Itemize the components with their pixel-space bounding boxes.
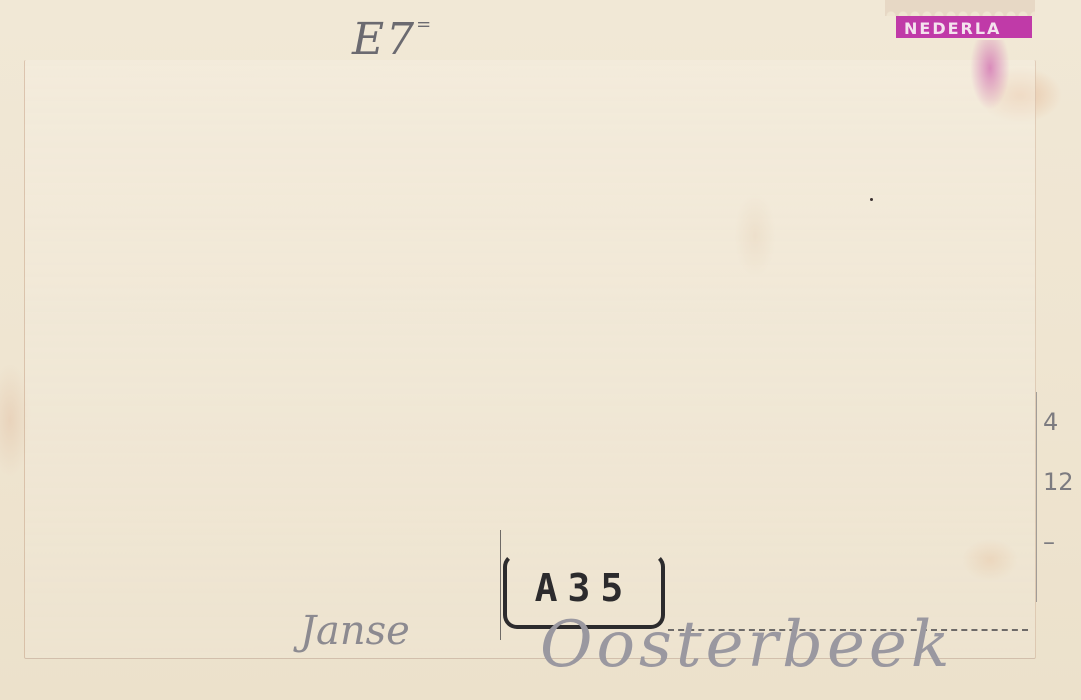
addressee-first-name: Janse: [300, 608, 410, 654]
postage-stamp: NEDERLA: [896, 16, 1032, 38]
pencil-price-note: E7=: [352, 14, 433, 65]
center-divider-line: [500, 530, 501, 640]
price-note-sup: =: [416, 14, 433, 35]
margin-note: 4: [1043, 392, 1081, 452]
margin-note: 12: [1043, 452, 1081, 512]
stamp-ink-smear: [970, 40, 1010, 110]
ink-speck: [870, 198, 873, 201]
stamp-perforation: [885, 0, 1035, 16]
addressee-last-name: Oosterbeek: [540, 608, 954, 682]
price-note-main: E7: [352, 14, 416, 65]
postcard-back: NEDERLA E7= A35 Janse Oosterbeek 4 12 –: [0, 0, 1081, 700]
margin-pencil-notes: 4 12 –: [1036, 392, 1081, 602]
margin-note: –: [1043, 512, 1081, 572]
